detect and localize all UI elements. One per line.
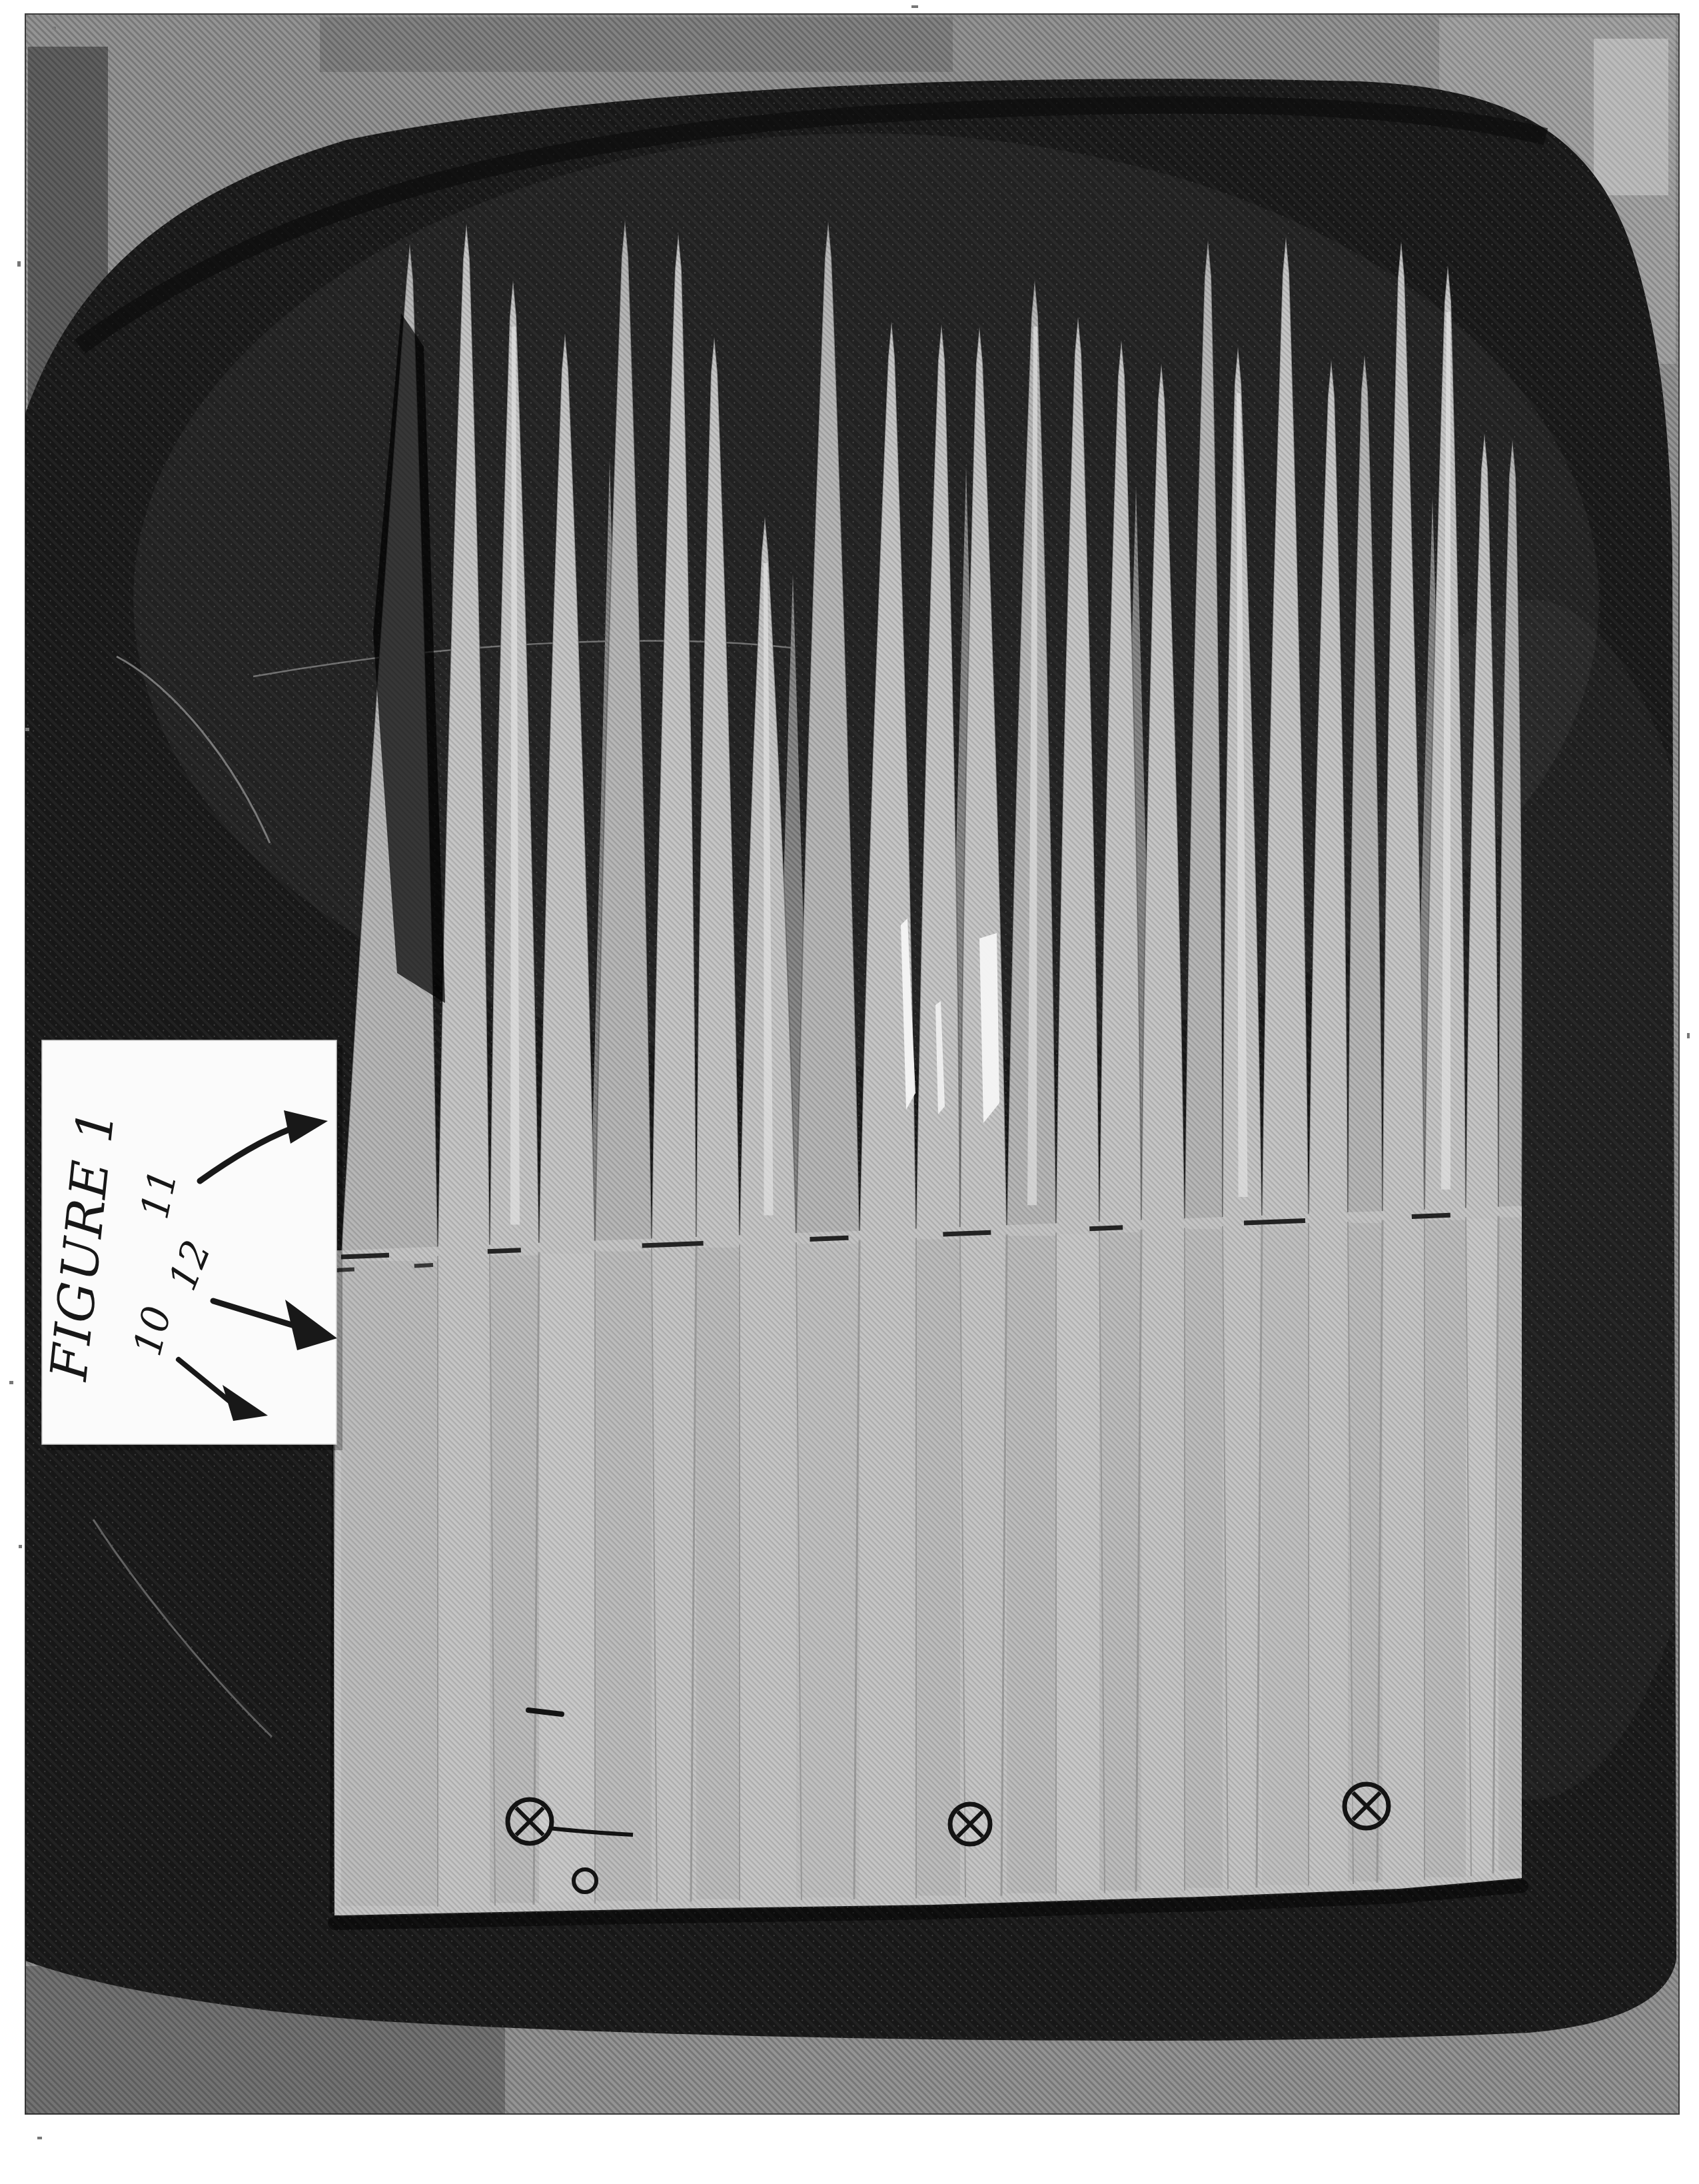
patent-figure-photograph: FIGURE 1 11 12 10: [0, 0, 1699, 2184]
dark-smudge-top: [320, 17, 953, 72]
sheet-band: [1498, 1217, 1522, 1871]
grommet-mark: [1345, 1784, 1389, 1828]
sheet-band: [1262, 1226, 1309, 1885]
sheet-band: [1056, 1234, 1099, 1892]
grommet-mark: [950, 1804, 990, 1844]
sheet-band: [1424, 1220, 1466, 1877]
sheet-band: [1099, 1232, 1141, 1890]
light-blob-top-right: [1594, 39, 1668, 195]
sheet-band: [796, 1244, 859, 1897]
sheet-band: [1007, 1236, 1056, 1893]
sheet-band: [341, 1261, 438, 1906]
sheet-band: [595, 1252, 652, 1901]
scanned-patent-page: FIGURE 1 11 12 10: [0, 0, 1699, 2184]
sheet-band: [696, 1248, 740, 1899]
figure-label-card: FIGURE 1 11 12 10: [39, 1040, 342, 1450]
sheet-band: [916, 1239, 960, 1895]
sheet-band: [1185, 1229, 1223, 1887]
sheet-band: [539, 1254, 595, 1902]
